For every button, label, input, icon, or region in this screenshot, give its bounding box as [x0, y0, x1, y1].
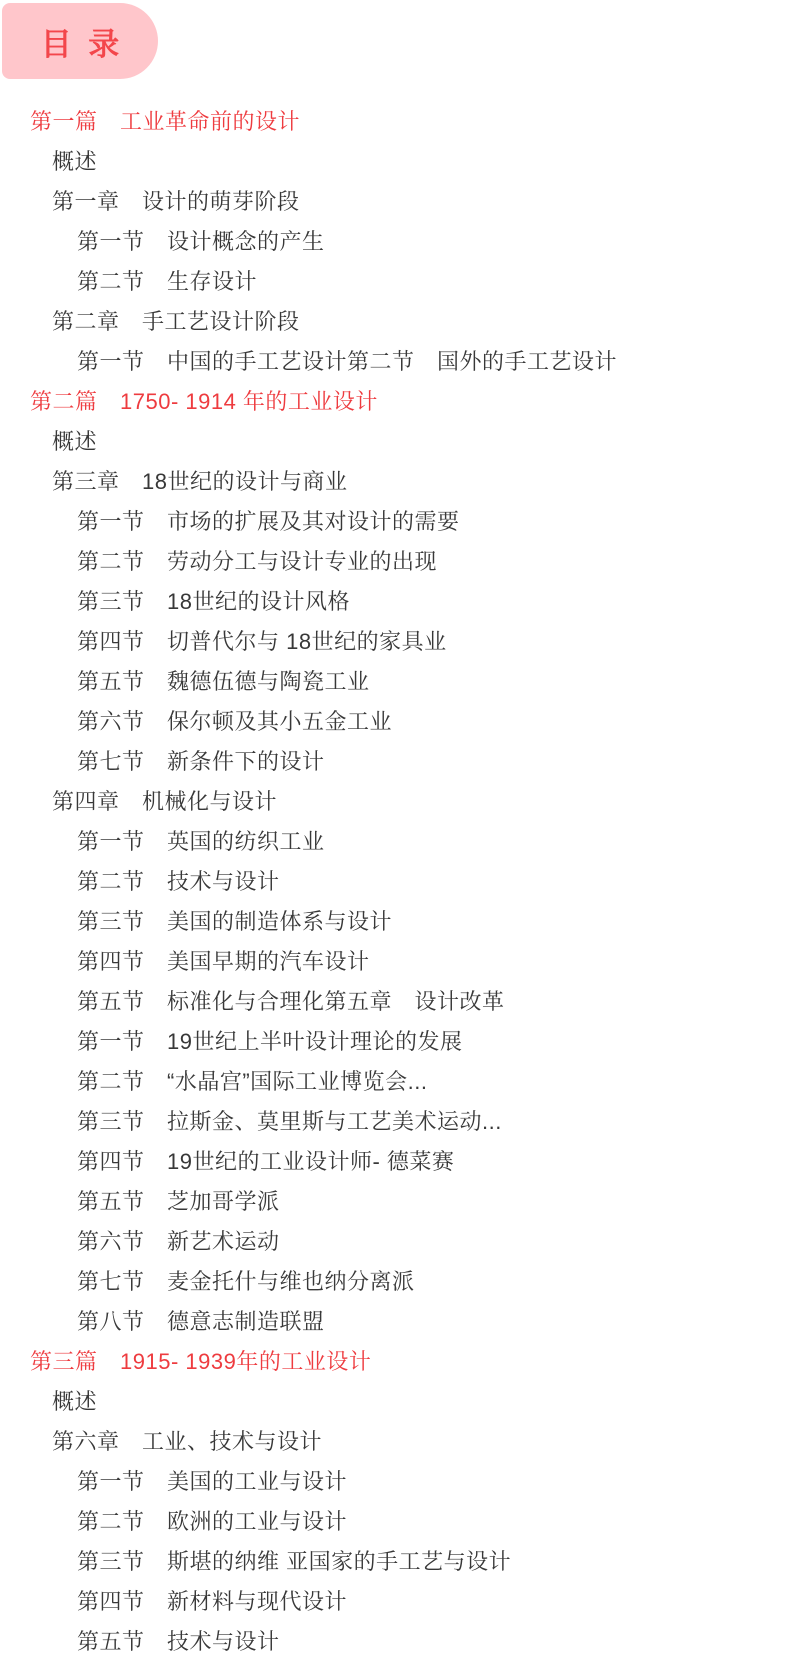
toc-item-section: 第二节 “水晶宫”国际工业博览会...: [0, 1062, 790, 1102]
toc-item-overview: 概述: [0, 422, 790, 462]
toc-item-section: 第一节 市场的扩展及其对设计的需要: [0, 502, 790, 542]
toc-list: 第一篇 工业革命前的设计概述第一章 设计的萌芽阶段第一节 设计概念的产生第二节 …: [0, 0, 790, 1662]
toc-item-section: 第二节 欧洲的工业与设计: [0, 1502, 790, 1542]
toc-item-overview: 概述: [0, 142, 790, 182]
toc-item-part: 第二篇 1750- 1914 年的工业设计: [0, 382, 790, 422]
toc-item-section: 第一节 设计概念的产生: [0, 222, 790, 262]
toc-item-section: 第四节 切普代尔与 18世纪的家具业: [0, 622, 790, 662]
toc-item-chapter: 第六章 工业、技术与设计: [0, 1422, 790, 1462]
toc-item-part: 第一篇 工业革命前的设计: [0, 102, 790, 142]
toc-item-section: 第五节 芝加哥学派: [0, 1182, 790, 1222]
toc-item-section: 第四节 19世纪的工业设计师- 德菜赛: [0, 1142, 790, 1182]
toc-item-section: 第七节 麦金托什与维也纳分离派: [0, 1262, 790, 1302]
toc-item-overview: 概述: [0, 1382, 790, 1422]
toc-item-section: 第五节 魏德伍德与陶瓷工业: [0, 662, 790, 702]
toc-item-part: 第三篇 1915- 1939年的工业设计: [0, 1342, 790, 1382]
toc-item-section: 第一节 美国的工业与设计: [0, 1462, 790, 1502]
toc-item-section: 第三节 美国的制造体系与设计: [0, 902, 790, 942]
toc-item-section: 第五节 标准化与合理化第五章 设计改革: [0, 982, 790, 1022]
toc-item-section: 第三节 18世纪的设计风格: [0, 582, 790, 622]
toc-item-section: 第七节 新条件下的设计: [0, 742, 790, 782]
toc-item-section: 第五节 技术与设计: [0, 1622, 790, 1662]
toc-item-section: 第四节 新材料与现代设计: [0, 1582, 790, 1622]
toc-item-chapter: 第二章 手工艺设计阶段: [0, 302, 790, 342]
toc-item-chapter: 第四章 机械化与设计: [0, 782, 790, 822]
toc-item-section: 第四节 美国早期的汽车设计: [0, 942, 790, 982]
toc-item-section: 第二节 生存设计: [0, 262, 790, 302]
toc-item-section: 第一节 中国的手工艺设计第二节 国外的手工艺设计: [0, 342, 790, 382]
toc-item-section: 第六节 保尔顿及其小五金工业: [0, 702, 790, 742]
toc-item-section: 第三节 斯堪的纳维 亚国家的手工艺与设计: [0, 1542, 790, 1582]
toc-header-badge: 目 录: [2, 3, 158, 79]
toc-item-section: 第二节 劳动分工与设计专业的出现: [0, 542, 790, 582]
toc-item-chapter: 第一章 设计的萌芽阶段: [0, 182, 790, 222]
toc-item-section: 第六节 新艺术运动: [0, 1222, 790, 1262]
toc-item-section: 第一节 19世纪上半叶设计理论的发展: [0, 1022, 790, 1062]
toc-item-section: 第八节 德意志制造联盟: [0, 1302, 790, 1342]
toc-header-badge-label: 目 录: [37, 19, 124, 64]
toc-item-section: 第三节 拉斯金、莫里斯与工艺美术运动...: [0, 1102, 790, 1142]
toc-item-section: 第二节 技术与设计: [0, 862, 790, 902]
toc-item-section: 第一节 英国的纺织工业: [0, 822, 790, 862]
toc-item-chapter: 第三章 18世纪的设计与商业: [0, 462, 790, 502]
